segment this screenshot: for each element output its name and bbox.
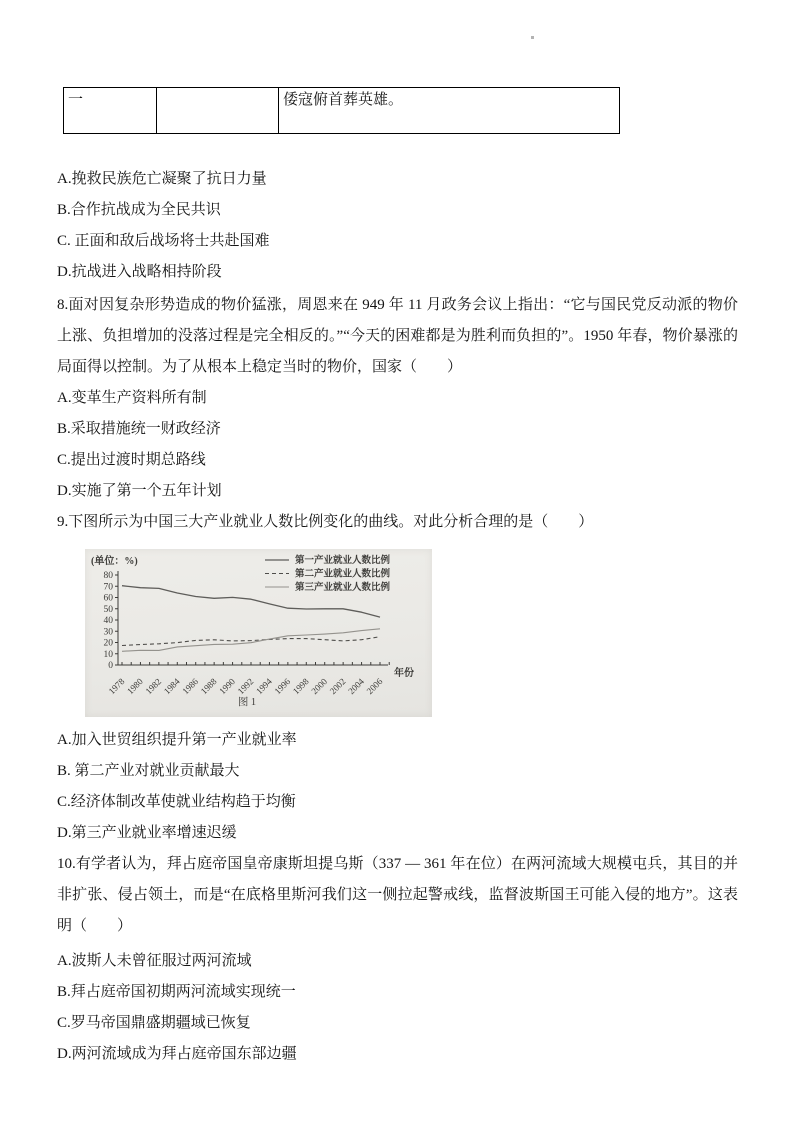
svg-text:1988: 1988 — [199, 676, 219, 696]
question-7-table: 一 倭寇俯首葬英雄。 — [63, 87, 620, 134]
svg-text:2002: 2002 — [328, 676, 348, 696]
svg-text:2000: 2000 — [309, 676, 329, 696]
svg-text:70: 70 — [104, 582, 114, 592]
employment-ratio-chart-image: (单位：%)0102030405060708019781980198219841… — [85, 549, 432, 717]
chart-legend: 第一产业就业人数比例第二产业就业人数比例第三产业就业人数比例 — [265, 554, 391, 593]
option-q8-b: B.采取措施统一财政经济 — [57, 414, 738, 445]
svg-text:40: 40 — [104, 616, 114, 626]
option-q8-c: C.提出过渡时期总路线 — [57, 445, 738, 476]
question-8-options: A.变革生产资料所有制 B.采取措施统一财政经济 C.提出过渡时期总路线 D.实… — [57, 383, 737, 507]
option-q10-c: C.罗马帝国鼎盛期疆域已恢复 — [57, 1008, 738, 1039]
option-q9-d: D.第三产业就业率增速迟缓 — [57, 818, 738, 849]
svg-text:0: 0 — [108, 661, 113, 671]
page-content: 一 倭寇俯首葬英雄。 A.挽救民族危亡凝聚了抗日力量 B.合作抗战成为全民共识 … — [0, 87, 793, 1070]
option-q7-a: A.挽救民族危亡凝聚了抗日力量 — [57, 164, 738, 195]
chart-x-tick-labels: 1978198019821984198619881990199219941996… — [107, 676, 385, 696]
svg-text:1978: 1978 — [107, 676, 127, 696]
option-q9-a: A.加入世贸组织提升第一产业就业率 — [57, 725, 738, 756]
option-q7-c: C. 正面和敌后战场将士共赴国难 — [57, 226, 738, 257]
table-cell-right: 倭寇俯首葬英雄。 — [279, 88, 620, 134]
svg-text:10: 10 — [104, 650, 114, 660]
svg-text:60: 60 — [104, 594, 114, 604]
option-q7-d: D.抗战进入战略相持阶段 — [57, 257, 738, 288]
chart-series-2 — [122, 637, 380, 646]
svg-text:1996: 1996 — [272, 676, 292, 696]
svg-text:2006: 2006 — [365, 676, 385, 696]
svg-text:第一产业就业人数比例: 第一产业就业人数比例 — [295, 554, 391, 566]
chart-unit-label: (单位：%) — [91, 554, 138, 567]
svg-text:50: 50 — [104, 605, 114, 615]
question-10-stem: 10.有学者认为，拜占庭帝国皇帝康斯坦提乌斯（337 — 361 年在位）在两河… — [57, 849, 738, 942]
question-10-options: A.波斯人未曾征服过两河流域 B.拜占庭帝国初期两河流域实现统一 C.罗马帝国鼎… — [57, 946, 737, 1070]
table-cell-middle — [157, 88, 279, 134]
chart-x-axis-title: 年份 — [394, 666, 414, 679]
svg-text:第三产业就业人数比例: 第三产业就业人数比例 — [295, 581, 391, 593]
svg-text:1998: 1998 — [291, 676, 311, 696]
svg-text:第二产业就业人数比例: 第二产业就业人数比例 — [295, 568, 391, 580]
svg-text:20: 20 — [104, 639, 114, 649]
table-cell-left: 一 — [64, 88, 157, 134]
option-q10-a: A.波斯人未曾征服过两河流域 — [57, 946, 738, 977]
question-8-stem: 8.面对因复杂形势造成的物价猛涨，周恩来在 949 年 11 月政务会议上指出：… — [57, 290, 738, 383]
exam-document-page: { "stray_mark": ".", "table": { "cells":… — [0, 0, 793, 1122]
svg-text:1980: 1980 — [125, 676, 145, 696]
option-q9-b: B. 第二产业对就业贡献最大 — [57, 756, 738, 787]
svg-text:30: 30 — [104, 627, 114, 637]
svg-text:1990: 1990 — [217, 676, 237, 696]
chart-y-tick-labels: 01020304050607080 — [104, 571, 114, 671]
svg-text:1994: 1994 — [254, 676, 274, 696]
svg-text:1982: 1982 — [143, 676, 163, 696]
question-9-options: A.加入世贸组织提升第一产业就业率 B. 第二产业对就业贡献最大 C.经济体制改… — [57, 725, 737, 849]
table-row: 一 倭寇俯首葬英雄。 — [64, 88, 620, 134]
option-q8-d: D.实施了第一个五年计划 — [57, 476, 738, 507]
question-7-options: A.挽救民族危亡凝聚了抗日力量 B.合作抗战成为全民共识 C. 正面和敌后战场将… — [57, 164, 737, 288]
svg-text:1992: 1992 — [236, 676, 256, 696]
stray-dot-mark — [531, 36, 534, 39]
question-9-stem: 9.下图所示为中国三大产业就业人数比例变化的曲线。对此分析合理的是（ ） — [57, 507, 738, 538]
option-q10-d: D.两河流域成为拜占庭帝国东部边疆 — [57, 1039, 738, 1070]
svg-text:2004: 2004 — [346, 676, 366, 696]
svg-text:1986: 1986 — [180, 676, 200, 696]
chart-caption: 图 1 — [238, 696, 256, 708]
svg-text:80: 80 — [104, 571, 114, 581]
svg-text:1984: 1984 — [162, 676, 182, 696]
option-q10-b: B.拜占庭帝国初期两河流域实现统一 — [57, 977, 738, 1008]
option-q9-c: C.经济体制改革使就业结构趋于均衡 — [57, 787, 738, 818]
option-q8-a: A.变革生产资料所有制 — [57, 383, 738, 414]
option-q7-b: B.合作抗战成为全民共识 — [57, 195, 738, 226]
